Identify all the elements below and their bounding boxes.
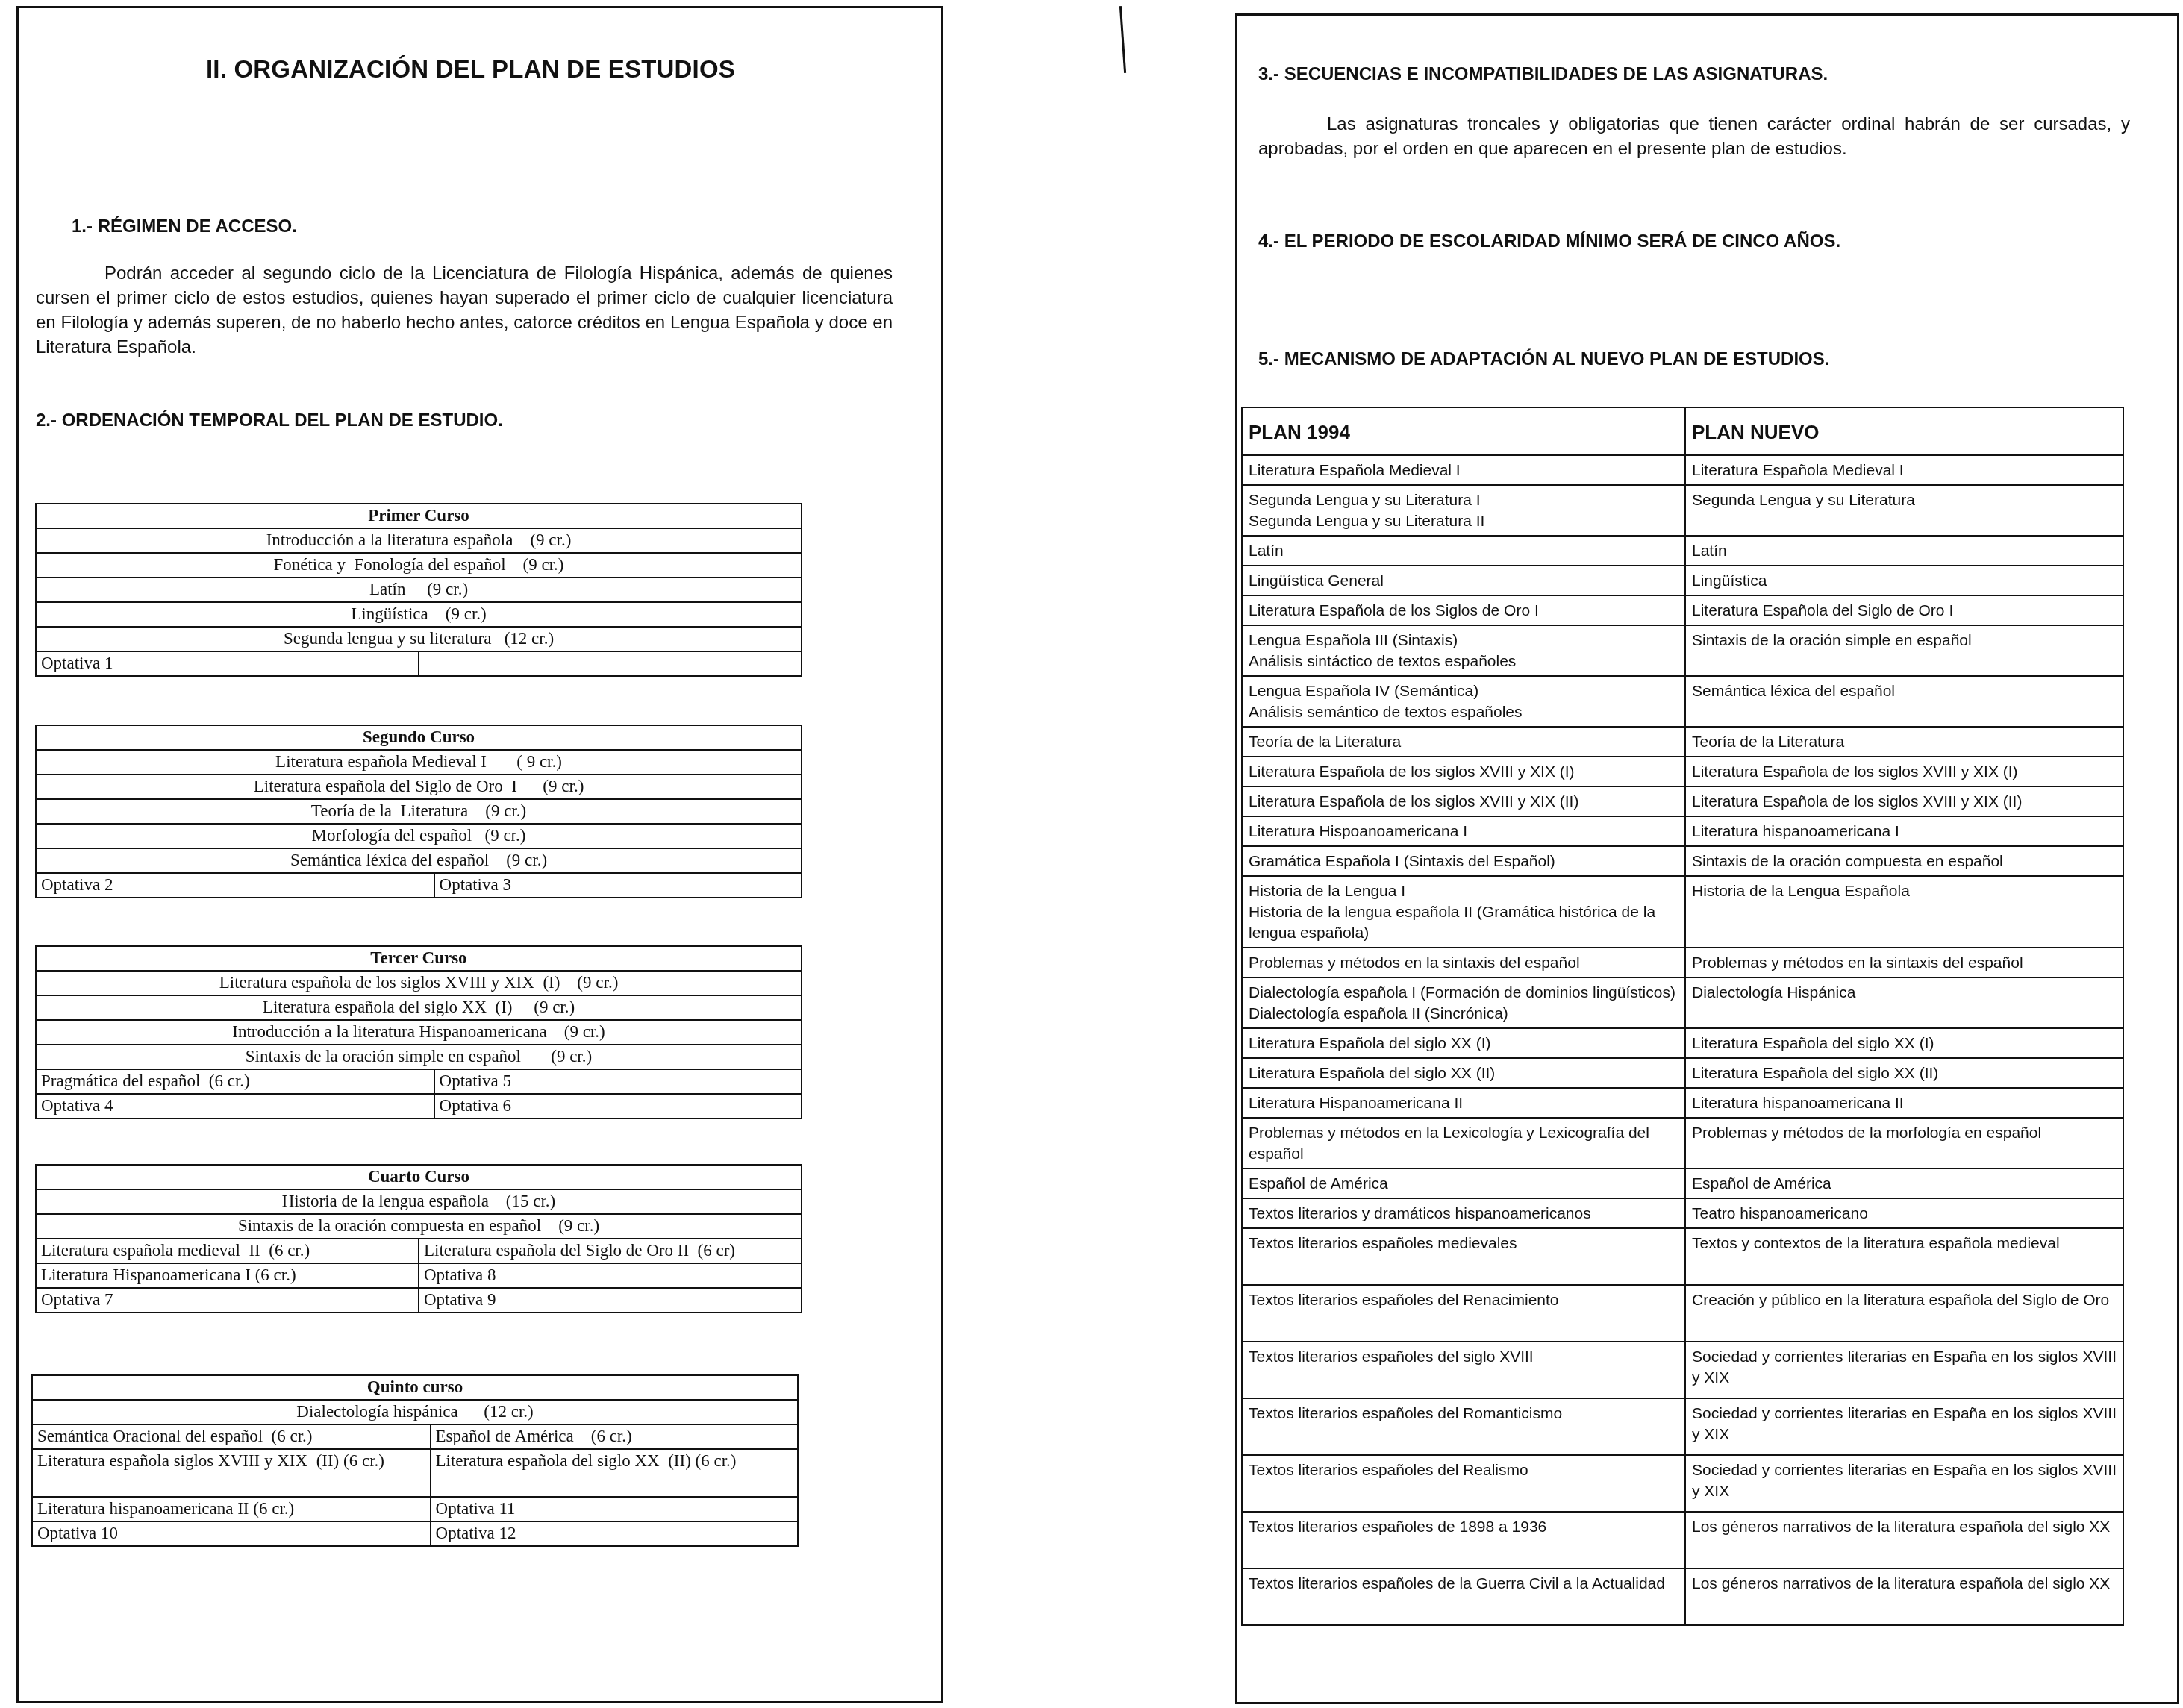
subject-name: Teatro hispanoamericano	[1692, 1204, 2117, 1224]
table-row: Pragmática del español (6 cr.)Optativa 5	[36, 1069, 802, 1094]
table-row: Lengua Española IV (Semántica)Análisis s…	[1242, 676, 2123, 727]
plan-1994-cell: Español de América	[1242, 1169, 1685, 1198]
subject-cell: Morfología del español (9 cr.)	[36, 824, 802, 848]
table-row: Literatura hispanoamericana II (6 cr.)Op…	[32, 1497, 798, 1521]
subject-cell-right: Optativa 6	[434, 1094, 802, 1119]
table-row: Literatura Hispanoamericana I (6 cr.)Opt…	[36, 1263, 802, 1288]
subject-cell-left: Semántica Oracional del español (6 cr.)	[32, 1424, 431, 1449]
table-row: Literatura Española Medieval ILiteratura…	[1242, 455, 2123, 485]
plan-1994-cell: Literatura Hispoanoamericana I	[1242, 816, 1685, 846]
course-title: Segundo Curso	[36, 725, 802, 750]
table-row: Lengua Española III (Sintaxis)Análisis s…	[1242, 625, 2123, 676]
header-plan-1994: PLAN 1994	[1242, 407, 1685, 455]
subject-name: Textos literarios españoles del Romantic…	[1249, 1404, 1678, 1424]
table-row: Optativa 2Optativa 3	[36, 873, 802, 898]
plan-1994-cell: Literatura Española Medieval I	[1242, 455, 1685, 485]
plan-1994-cell: Literatura Hispanoamericana II	[1242, 1088, 1685, 1118]
plan-1994-cell: Literatura Española de los siglos XVIII …	[1242, 757, 1685, 786]
subject-cell-right	[419, 651, 802, 676]
plan-1994-cell: Literatura Española de los siglos XVIII …	[1242, 786, 1685, 816]
table-row: Teoría de la LiteraturaTeoría de la Lite…	[1242, 727, 2123, 757]
subject-name: Español de América	[1249, 1174, 1678, 1195]
subject-name: Segunda Lengua y su Literatura II	[1249, 511, 1678, 532]
plan-nuevo-cell: Literatura Española del siglo XX (II)	[1685, 1058, 2123, 1088]
subject-name: Los géneros narrativos de la literatura …	[1692, 1574, 2117, 1595]
plan-nuevo-cell: Literatura Española de los siglos XVIII …	[1685, 757, 2123, 786]
plan-nuevo-cell: Creación y público en la literatura espa…	[1685, 1285, 2123, 1342]
subject-cell: Introducción a la literatura española (9…	[36, 528, 802, 553]
adaptation-table: PLAN 1994 PLAN NUEVO Literatura Española…	[1241, 407, 2124, 1626]
subject-cell-right: Optativa 9	[419, 1288, 802, 1313]
subject-cell-right: Optativa 12	[431, 1521, 798, 1546]
plan-nuevo-cell: Textos y contextos de la literatura espa…	[1685, 1228, 2123, 1285]
table-row: Dialectología española I (Formación de d…	[1242, 977, 2123, 1028]
course-title: Cuarto Curso	[36, 1165, 802, 1189]
subject-name: Lengua Española III (Sintaxis)	[1249, 631, 1678, 651]
subject-name: Semántica léxica del español	[1692, 681, 2117, 702]
adaptation-table-header: PLAN 1994 PLAN NUEVO	[1242, 407, 2123, 455]
plan-nuevo-cell: Literatura Española del siglo XX (I)	[1685, 1028, 2123, 1058]
plan-1994-cell: Problemas y métodos en la sintaxis del e…	[1242, 948, 1685, 977]
plan-nuevo-cell: Problemas y métodos en la sintaxis del e…	[1685, 948, 2123, 977]
table-row: Textos literarios españoles del Realismo…	[1242, 1455, 2123, 1512]
table-row: Latín (9 cr.)	[36, 578, 802, 602]
table-row: Gramática Española I (Sintaxis del Españ…	[1242, 846, 2123, 876]
subject-cell: Literatura española del Siglo de Oro I (…	[36, 775, 802, 799]
table-row: Sintaxis de la oración compuesta en espa…	[36, 1214, 802, 1239]
subject-name: Lingüística	[1692, 571, 2117, 592]
plan-1994-cell: Problemas y métodos en la Lexicología y …	[1242, 1118, 1685, 1169]
subject-name: Dialectología española I (Formación de d…	[1249, 983, 1678, 1004]
subject-name: Problemas y métodos en la sintaxis del e…	[1692, 953, 2117, 974]
subject-cell: Lingüística (9 cr.)	[36, 602, 802, 627]
table-row: Teoría de la Literatura (9 cr.)	[36, 799, 802, 824]
course-table: Tercer CursoLiteratura española de los s…	[35, 945, 802, 1119]
subject-cell: Segunda lengua y su literatura (12 cr.)	[36, 627, 802, 651]
table-row: LatínLatín	[1242, 536, 2123, 566]
table-row: Literatura Hispanoamericana IILiteratura…	[1242, 1088, 2123, 1118]
plan-nuevo-cell: Literatura Española Medieval I	[1685, 455, 2123, 485]
plan-nuevo-cell: Problemas y métodos de la morfología en …	[1685, 1118, 2123, 1169]
scan-mark	[1119, 6, 1126, 73]
subject-name: Dialectología española II (Sincrónica)	[1249, 1004, 1678, 1025]
subject-name: Historia de la Lengua I	[1249, 881, 1678, 902]
plan-1994-cell: Dialectología española I (Formación de d…	[1242, 977, 1685, 1028]
subject-cell-right: Español de América (6 cr.)	[431, 1424, 798, 1449]
subject-name: Teoría de la Literatura	[1249, 732, 1678, 753]
table-row: Literatura Hispoanoamericana ILiteratura…	[1242, 816, 2123, 846]
table-row: Introducción a la literatura Hispanoamer…	[36, 1020, 802, 1045]
plan-1994-cell: Historia de la Lengua IHistoria de la le…	[1242, 876, 1685, 948]
subject-cell-left: Optativa 1	[36, 651, 419, 676]
table-row: Literatura española medieval II (6 cr.)L…	[36, 1239, 802, 1263]
plan-1994-cell: Textos literarios españoles del Renacimi…	[1242, 1285, 1685, 1342]
section-3-heading: 3.- SECUENCIAS E INCOMPATIBILIDADES DE L…	[1258, 64, 1828, 85]
subject-cell-left: Literatura española medieval II (6 cr.)	[36, 1239, 419, 1263]
subject-cell-right: Optativa 11	[431, 1497, 798, 1521]
plan-1994-cell: Textos literarios españoles de la Guerra…	[1242, 1568, 1685, 1625]
subject-name: Análisis semántico de textos españoles	[1249, 702, 1678, 723]
subject-name: Análisis sintáctico de textos españoles	[1249, 651, 1678, 672]
table-row: Semántica léxica del español (9 cr.)	[36, 848, 802, 873]
subject-name: Creación y público en la literatura espa…	[1692, 1290, 2117, 1311]
subject-name: Segunda Lengua y su Literatura I	[1249, 490, 1678, 511]
table-row: Literatura española siglos XVIII y XIX (…	[32, 1449, 798, 1497]
table-row: Textos literarios y dramáticos hispanoam…	[1242, 1198, 2123, 1228]
course-table: Quinto cursoDialectología hispánica (12 …	[31, 1374, 799, 1547]
subject-name: Teoría de la Literatura	[1692, 732, 2117, 753]
table-row: Semántica Oracional del español (6 cr.)E…	[32, 1424, 798, 1449]
subject-name: Literatura Española Medieval I	[1692, 460, 2117, 481]
subject-cell: Literatura española de los siglos XVIII …	[36, 971, 802, 995]
subject-cell: Sintaxis de la oración compuesta en espa…	[36, 1214, 802, 1239]
section-1-text: Podrán acceder al segundo ciclo de la Li…	[36, 261, 893, 360]
subject-name: Segunda Lengua y su Literatura	[1692, 490, 2117, 511]
subject-name: Problemas y métodos en la sintaxis del e…	[1249, 953, 1678, 974]
plan-1994-cell: Textos literarios españoles del Realismo	[1242, 1455, 1685, 1512]
table-row: Literatura española de los siglos XVIII …	[36, 971, 802, 995]
table-row: Literatura Española del siglo XX (I)Lite…	[1242, 1028, 2123, 1058]
plan-1994-cell: Literatura Española de los Siglos de Oro…	[1242, 595, 1685, 625]
subject-name: Literatura Española del siglo XX (II)	[1249, 1063, 1678, 1084]
subject-cell-right: Literatura española del siglo XX (II) (6…	[431, 1449, 798, 1497]
subject-name: Los géneros narrativos de la literatura …	[1692, 1517, 2117, 1538]
plan-nuevo-cell: Sociedad y corrientes literarias en Espa…	[1685, 1455, 2123, 1512]
subject-cell-right: Optativa 5	[434, 1069, 802, 1094]
subject-name: Literatura Española de los siglos XVIII …	[1692, 792, 2117, 813]
subject-name: Lingüística General	[1249, 571, 1678, 592]
table-row: Cuarto Curso	[36, 1165, 802, 1189]
subject-cell: Latín (9 cr.)	[36, 578, 802, 602]
plan-1994-cell: Latín	[1242, 536, 1685, 566]
course-table: Segundo CursoLiteratura española Medieva…	[35, 725, 802, 898]
plan-nuevo-cell: Lingüística	[1685, 566, 2123, 595]
course-table: Cuarto CursoHistoria de la lengua españo…	[35, 1164, 802, 1313]
subject-name: Literatura Española de los siglos XVIII …	[1249, 762, 1678, 783]
subject-name: Dialectología Hispánica	[1692, 983, 2117, 1004]
subject-name: Textos literarios y dramáticos hispanoam…	[1249, 1204, 1678, 1224]
plan-nuevo-cell: Sintaxis de la oración compuesta en espa…	[1685, 846, 2123, 876]
subject-name: Literatura Española de los siglos XVIII …	[1249, 792, 1678, 813]
table-row: Textos literarios españoles de la Guerra…	[1242, 1568, 2123, 1625]
table-row: Introducción a la literatura española (9…	[36, 528, 802, 553]
course-title: Tercer Curso	[36, 946, 802, 971]
subject-name: Literatura hispanoamericana II	[1692, 1093, 2117, 1114]
plan-nuevo-cell: Los géneros narrativos de la literatura …	[1685, 1568, 2123, 1625]
subject-cell-left: Optativa 7	[36, 1288, 419, 1313]
table-row: Textos literarios españoles medievalesTe…	[1242, 1228, 2123, 1285]
header-plan-nuevo: PLAN NUEVO	[1685, 407, 2123, 455]
table-row: Problemas y métodos en la Lexicología y …	[1242, 1118, 2123, 1169]
subject-name: Literatura Hispoanoamericana I	[1249, 822, 1678, 842]
subject-cell: Semántica léxica del español (9 cr.)	[36, 848, 802, 873]
subject-name: Literatura Española del siglo XX (II)	[1692, 1063, 2117, 1084]
plan-1994-cell: Textos literarios españoles de 1898 a 19…	[1242, 1512, 1685, 1568]
table-row: Segundo Curso	[36, 725, 802, 750]
table-row: Literatura española Medieval I ( 9 cr.)	[36, 750, 802, 775]
subject-name: Historia de la Lengua Española	[1692, 881, 2117, 902]
subject-name: Literatura Española del Siglo de Oro I	[1692, 601, 2117, 622]
subject-name: Textos literarios españoles del Renacimi…	[1249, 1290, 1678, 1311]
subject-name: Literatura Española de los Siglos de Oro…	[1249, 601, 1678, 622]
subject-name: Gramática Española I (Sintaxis del Españ…	[1249, 851, 1678, 872]
plan-nuevo-cell: Literatura hispanoamericana II	[1685, 1088, 2123, 1118]
table-row: Optativa 1	[36, 651, 802, 676]
subject-name: Textos literarios españoles del Realismo	[1249, 1460, 1678, 1481]
plan-nuevo-cell: Latín	[1685, 536, 2123, 566]
plan-1994-cell: Textos literarios españoles del siglo XV…	[1242, 1342, 1685, 1398]
subject-cell-right: Optativa 8	[419, 1263, 802, 1288]
subject-cell: Historia de la lengua española (15 cr.)	[36, 1189, 802, 1214]
subject-cell-left: Optativa 2	[36, 873, 434, 898]
course-title: Quinto curso	[32, 1375, 798, 1400]
subject-name: Lengua Española IV (Semántica)	[1249, 681, 1678, 702]
table-row: Sintaxis de la oración simple en español…	[36, 1045, 802, 1069]
table-row: Textos literarios españoles de 1898 a 19…	[1242, 1512, 2123, 1568]
plan-1994-cell: Lingüística General	[1242, 566, 1685, 595]
subject-name: Sociedad y corrientes literarias en Espa…	[1692, 1347, 2117, 1389]
subject-name: Problemas y métodos de la morfología en …	[1692, 1123, 2117, 1144]
subject-name: Latín	[1249, 541, 1678, 562]
subject-cell: Literatura española Medieval I ( 9 cr.)	[36, 750, 802, 775]
plan-nuevo-cell: Teoría de la Literatura	[1685, 727, 2123, 757]
plan-nuevo-cell: Teatro hispanoamericano	[1685, 1198, 2123, 1228]
subject-cell: Literatura española del siglo XX (I) (9 …	[36, 995, 802, 1020]
plan-nuevo-cell: Español de América	[1685, 1169, 2123, 1198]
table-row: Fonética y Fonología del español (9 cr.)	[36, 553, 802, 578]
subject-cell: Fonética y Fonología del español (9 cr.)	[36, 553, 802, 578]
subject-name: Textos literarios españoles de la Guerra…	[1249, 1574, 1678, 1595]
subject-cell: Sintaxis de la oración simple en español…	[36, 1045, 802, 1069]
course-title: Primer Curso	[36, 504, 802, 528]
section-1-heading: 1.- RÉGIMEN DE ACCESO.	[72, 216, 297, 237]
plan-1994-cell: Teoría de la Literatura	[1242, 727, 1685, 757]
plan-nuevo-cell: Sintaxis de la oración simple en español	[1685, 625, 2123, 676]
table-row: Historia de la lengua española (15 cr.)	[36, 1189, 802, 1214]
subject-name: Historia de la lengua española II (Gramá…	[1249, 902, 1678, 944]
table-row: Literatura Española de los Siglos de Oro…	[1242, 595, 2123, 625]
subject-name: Español de América	[1692, 1174, 2117, 1195]
subject-name: Sociedad y corrientes literarias en Espa…	[1692, 1404, 2117, 1445]
plan-1994-cell: Textos literarios y dramáticos hispanoam…	[1242, 1198, 1685, 1228]
plan-1994-cell: Literatura Española del siglo XX (II)	[1242, 1058, 1685, 1088]
table-row: Morfología del español (9 cr.)	[36, 824, 802, 848]
table-row: Problemas y métodos en la sintaxis del e…	[1242, 948, 2123, 977]
subject-cell-left: Literatura Hispanoamericana I (6 cr.)	[36, 1263, 419, 1288]
subject-name: Latín	[1692, 541, 2117, 562]
plan-1994-cell: Lengua Española III (Sintaxis)Análisis s…	[1242, 625, 1685, 676]
subject-cell: Teoría de la Literatura (9 cr.)	[36, 799, 802, 824]
subject-name: Sintaxis de la oración compuesta en espa…	[1692, 851, 2117, 872]
table-row: Literatura Española de los siglos XVIII …	[1242, 786, 2123, 816]
plan-1994-cell: Literatura Española del siglo XX (I)	[1242, 1028, 1685, 1058]
table-row: Historia de la Lengua IHistoria de la le…	[1242, 876, 2123, 948]
subject-name: Literatura Española de los siglos XVIII …	[1692, 762, 2117, 783]
plan-nuevo-cell: Literatura Española del Siglo de Oro I	[1685, 595, 2123, 625]
plan-1994-cell: Lengua Española IV (Semántica)Análisis s…	[1242, 676, 1685, 727]
subject-name: Literatura Española del siglo XX (I)	[1692, 1033, 2117, 1054]
plan-1994-cell: Textos literarios españoles del Romantic…	[1242, 1398, 1685, 1455]
subject-cell: Introducción a la literatura Hispanoamer…	[36, 1020, 802, 1045]
table-row: Literatura española del siglo XX (I) (9 …	[36, 995, 802, 1020]
plan-nuevo-cell: Literatura Española de los siglos XVIII …	[1685, 786, 2123, 816]
page-title: II. ORGANIZACIÓN DEL PLAN DE ESTUDIOS	[206, 55, 735, 84]
course-table: Primer CursoIntroducción a la literatura…	[35, 503, 802, 677]
table-row: Textos literarios españoles del Romantic…	[1242, 1398, 2123, 1455]
plan-nuevo-cell: Segunda Lengua y su Literatura	[1685, 485, 2123, 536]
subject-name: Literatura hispanoamericana I	[1692, 822, 2117, 842]
table-row: Primer Curso	[36, 504, 802, 528]
table-row: Español de AméricaEspañol de América	[1242, 1169, 2123, 1198]
subject-name: Problemas y métodos en la Lexicología y …	[1249, 1123, 1678, 1165]
table-row: Optativa 10Optativa 12	[32, 1521, 798, 1546]
plan-1994-cell: Textos literarios españoles medievales	[1242, 1228, 1685, 1285]
plan-nuevo-cell: Semántica léxica del español	[1685, 676, 2123, 727]
subject-cell-left: Optativa 4	[36, 1094, 434, 1119]
subject-cell-left: Literatura hispanoamericana II (6 cr.)	[32, 1497, 431, 1521]
table-row: Textos literarios españoles del Renacimi…	[1242, 1285, 2123, 1342]
table-row: Literatura Española de los siglos XVIII …	[1242, 757, 2123, 786]
plan-1994-cell: Gramática Española I (Sintaxis del Españ…	[1242, 846, 1685, 876]
plan-nuevo-cell: Historia de la Lengua Española	[1685, 876, 2123, 948]
table-row: Literatura Española del siglo XX (II)Lit…	[1242, 1058, 2123, 1088]
subject-name: Textos literarios españoles del siglo XV…	[1249, 1347, 1678, 1368]
table-row: Textos literarios españoles del siglo XV…	[1242, 1342, 2123, 1398]
section-4-heading: 4.- EL PERIODO DE ESCOLARIDAD MÍNIMO SER…	[1258, 231, 1840, 252]
subject-name: Sociedad y corrientes literarias en Espa…	[1692, 1460, 2117, 1502]
subject-cell-left: Optativa 10	[32, 1521, 431, 1546]
table-row: Literatura española del Siglo de Oro I (…	[36, 775, 802, 799]
table-row: Lingüística GeneralLingüística	[1242, 566, 2123, 595]
subject-name: Literatura Española del siglo XX (I)	[1249, 1033, 1678, 1054]
table-row: Optativa 7Optativa 9	[36, 1288, 802, 1313]
subject-cell-right: Literatura española del Siglo de Oro II …	[419, 1239, 802, 1263]
subject-cell: Dialectología hispánica (12 cr.)	[32, 1400, 798, 1424]
section-3-text: Las asignaturas troncales y obligatorias…	[1258, 112, 2130, 161]
plan-nuevo-cell: Literatura hispanoamericana I	[1685, 816, 2123, 846]
section-5-heading: 5.- MECANISMO DE ADAPTACIÓN AL NUEVO PLA…	[1258, 349, 1829, 370]
table-row: Tercer Curso	[36, 946, 802, 971]
subject-name: Literatura Hispanoamericana II	[1249, 1093, 1678, 1114]
subject-cell-left: Pragmática del español (6 cr.)	[36, 1069, 434, 1094]
table-row: Quinto curso	[32, 1375, 798, 1400]
table-row: Segunda Lengua y su Literatura ISegunda …	[1242, 485, 2123, 536]
table-row: Optativa 4Optativa 6	[36, 1094, 802, 1119]
table-row: Lingüística (9 cr.)	[36, 602, 802, 627]
plan-nuevo-cell: Sociedad y corrientes literarias en Espa…	[1685, 1342, 2123, 1398]
subject-name: Sintaxis de la oración simple en español	[1692, 631, 2117, 651]
plan-nuevo-cell: Sociedad y corrientes literarias en Espa…	[1685, 1398, 2123, 1455]
plan-nuevo-cell: Los géneros narrativos de la literatura …	[1685, 1512, 2123, 1568]
plan-1994-cell: Segunda Lengua y su Literatura ISegunda …	[1242, 485, 1685, 536]
table-row: Dialectología hispánica (12 cr.)	[32, 1400, 798, 1424]
section-2-heading: 2.- ORDENACIÓN TEMPORAL DEL PLAN DE ESTU…	[36, 410, 503, 431]
plan-nuevo-cell: Dialectología Hispánica	[1685, 977, 2123, 1028]
subject-cell-left: Literatura española siglos XVIII y XIX (…	[32, 1449, 431, 1497]
subject-name: Textos y contextos de la literatura espa…	[1692, 1233, 2117, 1254]
subject-cell-right: Optativa 3	[434, 873, 802, 898]
subject-name: Textos literarios españoles de 1898 a 19…	[1249, 1517, 1678, 1538]
subject-name: Textos literarios españoles medievales	[1249, 1233, 1678, 1254]
subject-name: Literatura Española Medieval I	[1249, 460, 1678, 481]
table-row: Segunda lengua y su literatura (12 cr.)	[36, 627, 802, 651]
